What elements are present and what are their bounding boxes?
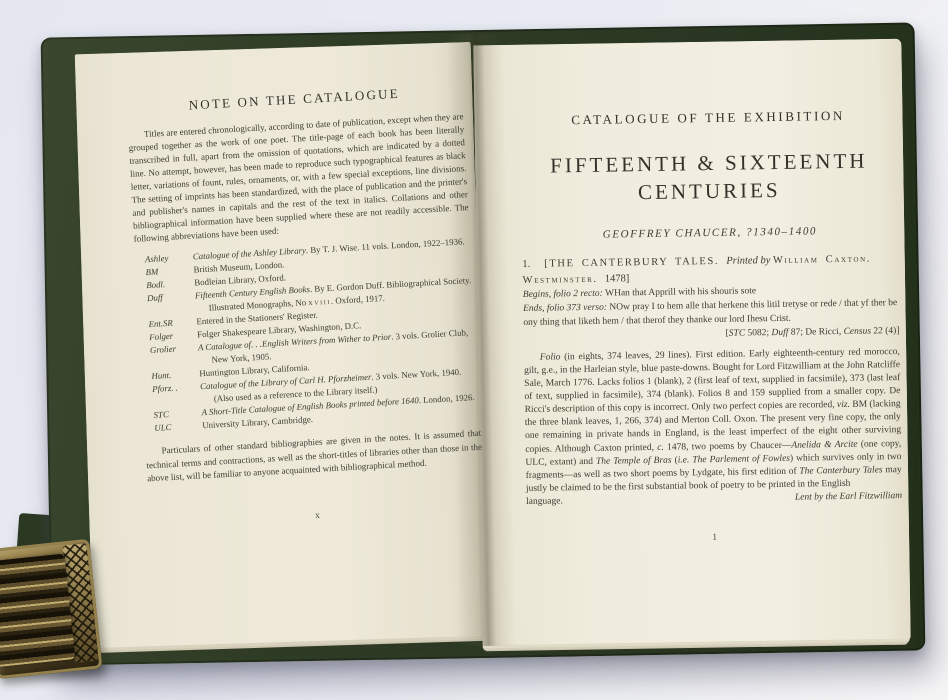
photo-background: NOTE ON THE CATALOGUE Titles are entered…: [0, 0, 948, 700]
lent-by-credit: Lent by the Earl Fitzwilliam: [795, 490, 902, 505]
right-page-text: CATALOGUE OF THE EXHIBITION FIFTEENTH & …: [520, 106, 903, 548]
section-title-line1: FIFTEENTH & SIXTEENTH: [550, 148, 868, 177]
section-title-line2: CENTURIES: [638, 178, 781, 204]
entry-title: 1.[THE CANTERBURY TALES. Printed by Will…: [522, 251, 898, 288]
abbreviation-key: ULC: [154, 420, 203, 436]
abbreviation-key: Pforz. .: [152, 381, 201, 410]
left-page-text: NOTE ON THE CATALOGUE Titles are entered…: [126, 81, 486, 532]
entry-number: 1.: [522, 259, 530, 270]
brass-weight-flutes: [0, 553, 75, 667]
author-heading: GEOFFREY CHAUCER, ?1340–1400: [522, 223, 898, 244]
entry-title-text: [THE CANTERBURY TALES. Printed by Willia…: [523, 253, 871, 285]
entry-description-tail: language.: [526, 495, 563, 509]
section-title: FIFTEENTH & SIXTEENTH CENTURIES: [521, 146, 898, 209]
abbreviation-key: Duff: [147, 290, 196, 319]
brass-book-weight: [0, 539, 103, 679]
abbreviation-key: Grolier: [150, 342, 199, 371]
entry-description: Folio (in eights, 374 leaves, 29 lines).…: [524, 346, 902, 496]
closing-paragraph: Particulars of other standard bibliograp…: [145, 427, 483, 485]
abbreviation-list: AshleyCatalogue of the Ashley Library. B…: [145, 235, 481, 435]
intro-paragraph: Titles are entered chronologically, acco…: [128, 110, 470, 246]
